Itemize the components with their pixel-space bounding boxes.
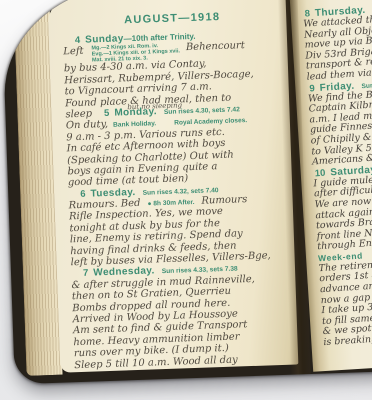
bank-holiday-note: Bank Holiday. [113,119,156,132]
day9-lines: We find the BattalCaptain Kilbrick & 3 g… [308,84,372,168]
diary-photo: AUGUST—1918 4 Sunday—10th after Trinity.… [0,0,372,400]
day5-lines: 9 a.m - 3 p.m. Various runs etc.In café … [66,124,288,189]
moon-phase-note: ● 8h 30m After. [147,197,194,210]
day-number: 10 [314,167,325,179]
day-name: Wednesday. [93,266,155,280]
handwriting-word: sleep [65,108,92,120]
day-name: Sunday [85,33,124,46]
left-page: AUGUST—1918 4 Sunday—10th after Trinity.… [47,0,298,373]
day-number: 6 [80,188,86,200]
right-page: AUGUST—19 8 Thursday. Sun rises 4 We att… [288,0,372,372]
day6-lines: Rifle Inspection. Yes, we movetonight at… [69,204,291,269]
day8-lines: We attacked this mNearly all Objectivmov… [303,10,372,83]
day-name: Friday. [319,80,354,93]
handwriting-insert: but no sleeping [127,100,182,113]
day-number: 8 [304,8,310,19]
handwriting-word: Behencourt [186,40,245,53]
day10-lines: I guide mules to H.after difficult & ene… [313,169,372,253]
month-header-left: AUGUST—1918 [62,9,282,30]
handwriting-word: Rumours [201,194,247,207]
handwriting-word: On duty, [66,119,109,132]
day-number: 4 [75,35,81,47]
handwriting-word: Left [63,46,84,58]
day-number: 7 [83,268,89,280]
day-number: 9 [309,83,315,94]
day7-lines: & after struggle in mud Rainneville,then… [71,272,294,371]
weekend-lines: The retirementorders 1st attack agadvanc… [318,254,372,348]
diary-book-cover: AUGUST—1918 4 Sunday—10th after Trinity.… [1,0,372,384]
sun-times: Sun rises 4.3 [361,78,372,92]
day-number: 5 [104,108,110,120]
